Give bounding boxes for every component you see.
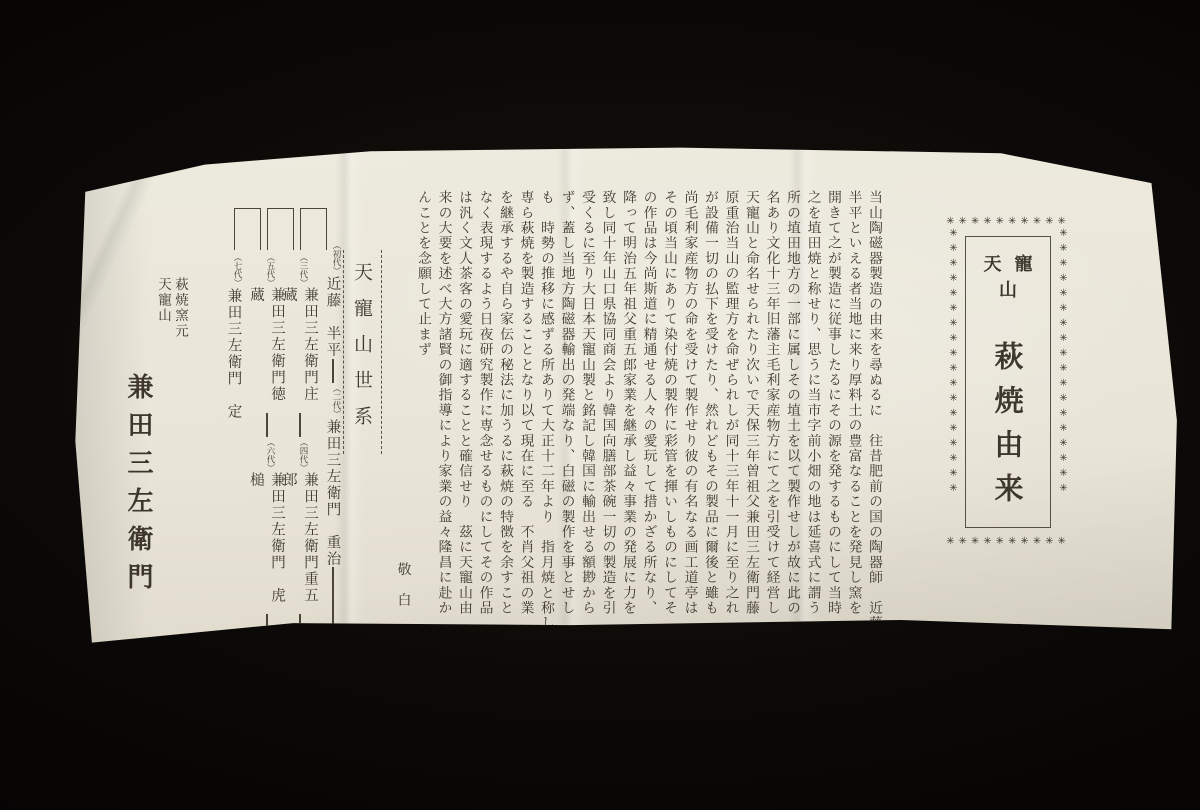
generation-label: （六代）	[264, 438, 276, 471]
text-column: は汎く文人茶客の愛玩に適することと確信せり 茲に天寵山由	[454, 190, 475, 634]
text-column: 致し同十年山口県協同商会より韓国向膳部茶碗一切の製造を引	[597, 190, 618, 634]
generation-name: 兼田三左衛門 虎槌	[246, 472, 288, 614]
generation-name: 兼田三左衛門 重治	[323, 419, 344, 568]
lineage-line	[266, 614, 268, 628]
genealogy-column-2: （三代） 兼田三左衛門庄蔵 （四代） 兼田三左衛門重五郎	[287, 208, 313, 628]
kiln-name-header: 天寵山	[966, 250, 1050, 302]
lineage-line	[332, 359, 334, 383]
text-column: 当山陶磁器製造の由来を尋ぬるに 往昔肥前の国の陶器師 近藤	[864, 190, 885, 634]
text-column: の作品は今尚斯道に精通せる人々の愛玩して措かざる所なり、	[638, 190, 659, 634]
generation-label: （四代）	[297, 438, 309, 471]
lineage-bracket	[267, 208, 294, 250]
generation-label: （三代）	[297, 253, 309, 286]
text-column: 来の大要を述べ大方諸賢の御指導により家業の益々隆昌に赴か	[433, 190, 454, 634]
document-paper: ✳✳✳✳✳✳✳✳✳✳ ✳✳✳✳✳✳✳✳✳✳ ✳✳✳✳✳✳✳✳✳✳✳✳✳✳✳✳✳✳…	[72, 143, 1178, 657]
floral-border-ornament-icon: ✳✳✳✳✳✳✳✳✳✳✳✳✳✳✳✳✳✳	[1056, 228, 1070, 536]
generation-name: 兼田三左衛門 定	[224, 288, 245, 420]
signature-name: 兼田三左衛門	[120, 373, 157, 601]
lineage-line	[332, 567, 334, 628]
text-column: を継承するや自ら家伝の秘法に加うるに萩焼の特徴を余すこと	[495, 190, 516, 634]
genealogy-column-3: （五代） 兼田三左衛門徳蔵 （六代） 兼田三左衛門 虎槌	[254, 208, 280, 628]
text-column: 天寵山と命名せられたり次いで天保三年曽祖父兼田三左衛門藤	[741, 190, 762, 634]
kiln-designation-line: 萩焼窯元	[171, 277, 188, 339]
lineage-line	[299, 614, 301, 628]
generation-label: （七代）	[231, 253, 243, 287]
text-column: 之を埴田焼と称せり、思うに当市字前小畑の地は延喜式に謂う	[802, 190, 823, 634]
lineage-bracket	[300, 208, 327, 250]
text-column: んことを念願して止まず	[413, 190, 434, 634]
text-column: 降って明治五年祖父重五郎家業を継承し益々事業の発展に力を	[618, 190, 639, 634]
text-column: が設備一切の払下を受けたり、然れどもその製品に爾後と雖も	[700, 190, 721, 634]
genealogy-heading: 天寵山世系	[343, 250, 382, 454]
text-column: 開きて之が製造に従事したるにその源を発するものにして当時	[823, 190, 844, 634]
photo-background: ✳✳✳✳✳✳✳✳✳✳ ✳✳✳✳✳✳✳✳✳✳ ✳✳✳✳✳✳✳✳✳✳✳✳✳✳✳✳✳✳…	[0, 0, 1200, 810]
text-column: 専ら萩焼を製造することとなり以て現在に至る 不肖父祖の業	[515, 190, 536, 634]
text-column: なく表現するよう日夜研究製作に専念せるものにしてその作品	[474, 190, 495, 634]
text-column: 原重治当山の監理方を命ぜられしが同十三年十一月に至り之れ	[720, 190, 741, 634]
genealogy-column-4: （七代） 兼田三左衛門 定	[221, 208, 247, 518]
kiln-designation-line: 天寵山	[154, 277, 171, 339]
lineage-line	[266, 413, 268, 437]
text-column: 半平といえる者当地に来り厚料土の豊富なることを発見し窯を	[843, 190, 864, 634]
genealogy-chart: 天寵山世系 （初代） 近藤 半平 （二代） 兼田三左衛門 重治 （三代） 兼田三…	[218, 198, 394, 646]
text-column: ず、蓋し当地方陶磁器輸出の発端なり、白磁の製作を事とせし	[556, 190, 577, 634]
genealogy-column-1: （初代） 近藤 半平 （二代） 兼田三左衛門 重治	[320, 240, 346, 628]
lineage-bracket	[234, 208, 261, 250]
generation-label: （二代）	[330, 384, 342, 418]
generation-label: （初代）	[330, 241, 342, 275]
text-column: その頃当山にありて染付焼の製作に彩管を揮いしものにしてそ	[659, 190, 680, 634]
generation-name: 兼田三左衛門徳蔵	[246, 287, 288, 414]
text-column: 受くるに至り大日本天寵山製と銘記し韓国に輸出せる額尠から	[577, 190, 598, 634]
floral-border-ornament-icon: ✳✳✳✳✳✳✳✳✳✳✳✳✳✳✳✳✳✳	[946, 228, 960, 536]
title-inner-frame: 天寵山 萩焼由来	[965, 236, 1051, 528]
generation-label: （五代）	[264, 253, 276, 286]
document-title: 萩焼由来	[988, 341, 1029, 517]
text-column: 名あり文化十三年旧藩主毛利家産物方にて之を引受けて経営し	[761, 190, 782, 634]
text-column: 所の埴田地方の一部に属しその埴土を以て製作せしが故に此の	[782, 190, 803, 634]
floral-border-ornament-icon: ✳✳✳✳✳✳✳✳✳✳	[946, 535, 1070, 549]
floral-border-ornament-icon: ✳✳✳✳✳✳✳✳✳✳	[946, 215, 1070, 229]
generation-name: 近藤 半平	[323, 276, 344, 359]
title-box: ✳✳✳✳✳✳✳✳✳✳ ✳✳✳✳✳✳✳✳✳✳ ✳✳✳✳✳✳✳✳✳✳✳✳✳✳✳✳✳✳…	[946, 215, 1070, 549]
closing-salutation: 敬 白	[392, 190, 413, 634]
text-column: も 時勢の推移に感ずる所ありて大正十二年より 指月焼と称し	[536, 190, 557, 634]
signature-block: 萩焼窯元 天寵山 兼田三左衛門	[110, 271, 202, 621]
kiln-designation: 萩焼窯元 天寵山	[154, 277, 188, 339]
body-text: 当山陶磁器製造の由来を尋ぬるに 往昔肥前の国の陶器師 近藤 半平といえる者当地に…	[382, 190, 884, 634]
lineage-line	[299, 413, 301, 437]
text-column: 尚毛利家産物方の命を受けて製作せり彼の有名なる画工道亭は	[679, 190, 700, 634]
